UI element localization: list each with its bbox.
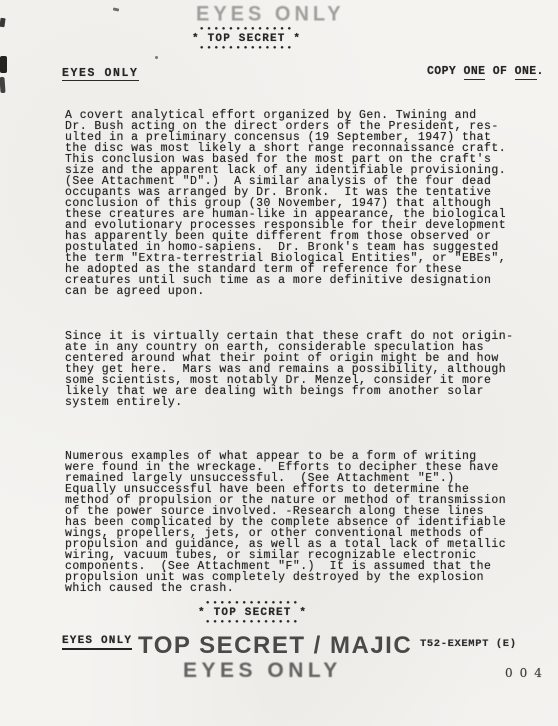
copy-number-line: COPY ONE OF ONE. — [427, 66, 544, 77]
scan-artifact — [0, 77, 6, 93]
scan-artifact — [113, 7, 119, 11]
copy-one-second: ONE — [515, 65, 537, 80]
exemption-code: T52-EXEMPT (E) — [420, 639, 517, 650]
eyes-only-footer-small: EYES ONLY — [62, 636, 132, 650]
document-scan: EYES ONLY ••••••••••••• * TOP SECRET * •… — [0, 0, 558, 726]
copy-of: OF — [485, 65, 514, 78]
top-secret-stamp-bottom: ••••••••••••• * TOP SECRET * •••••••••••… — [198, 600, 307, 626]
scan-artifact — [155, 56, 158, 59]
scan-artifact — [0, 18, 6, 28]
scan-artifact — [0, 56, 7, 73]
stamp-dots-row: ••••••••••••• — [192, 26, 301, 33]
stamp-dots-row: ••••••••••••• — [198, 600, 307, 607]
eyes-only-header: EYES ONLY — [62, 68, 139, 81]
copy-one-first: ONE — [464, 65, 486, 80]
body-paragraph-3: Numerous examples of what appear to be a… — [65, 451, 506, 594]
copy-prefix: COPY — [427, 65, 464, 78]
body-paragraph-2: Since it is virtually certain that these… — [65, 331, 513, 408]
copy-period: . — [537, 65, 544, 78]
top-secret-majic-stamp: TOP SECRET / MAJIC — [138, 632, 412, 660]
stamp-dots-row: ••••••••••••• — [198, 619, 307, 626]
page-number: 004 — [505, 666, 549, 680]
top-secret-stamp-top: ••••••••••••• * TOP SECRET * •••••••••••… — [192, 26, 301, 52]
eyes-only-stamp-bottom: EYES ONLY — [183, 659, 342, 683]
body-paragraph-1: A covert analytical effort organized by … — [65, 110, 506, 297]
stamp-dots-row: ••••••••••••• — [192, 45, 301, 52]
eyes-only-stamp-top: EYES ONLY — [196, 2, 345, 26]
